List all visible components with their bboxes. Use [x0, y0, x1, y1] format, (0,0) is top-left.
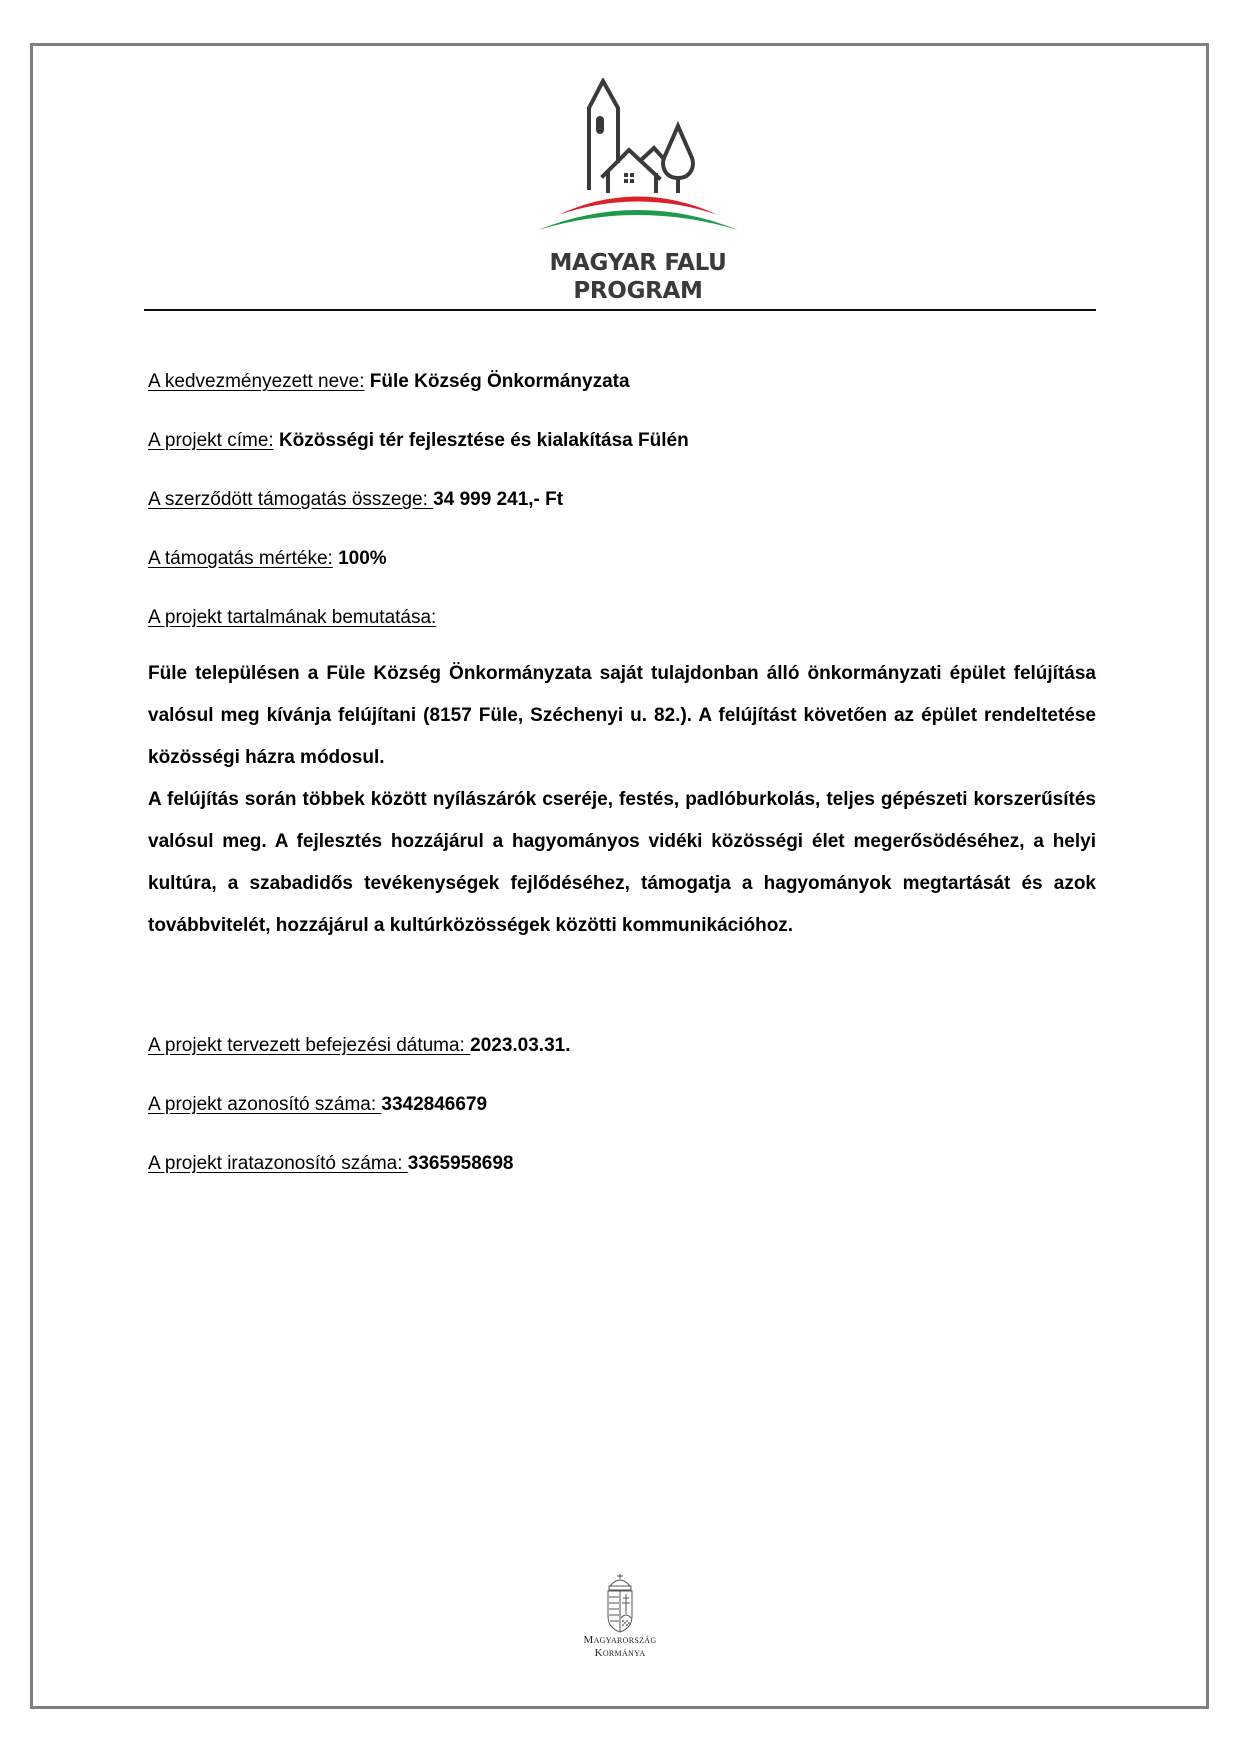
coat-of-arms-icon	[602, 1572, 638, 1634]
government-logo: Magyarország Kormánya	[556, 1572, 684, 1672]
document-id-label: A projekt iratazonosító száma:	[148, 1153, 408, 1174]
project-title-field: A projekt címe: Közösségi tér fejlesztés…	[148, 429, 689, 453]
rate-field: A támogatás mértéke: 100%	[148, 547, 387, 571]
project-id-label: A projekt azonosító száma:	[148, 1094, 381, 1115]
completion-date-label: A projekt tervezett befejezési dátuma:	[148, 1035, 470, 1056]
project-id-field: A projekt azonosító száma: 3342846679	[148, 1093, 487, 1117]
government-name-line1: Magyarország	[556, 1634, 684, 1647]
beneficiary-label: A kedvezményezett neve:	[148, 371, 365, 392]
rate-label: A támogatás mértéke:	[148, 548, 333, 569]
description-paragraph-1: Füle településen a Füle Község Önkormány…	[148, 653, 1096, 779]
amount-label: A szerződött támogatás összege:	[148, 489, 433, 510]
amount-value: 34 999 241,- Ft	[433, 489, 563, 510]
magyar-falu-program-logo: MAGYAR FALU PROGRAM	[533, 78, 743, 308]
completion-date-value: 2023.03.31.	[470, 1035, 570, 1056]
content-heading: A projekt tartalmának bemutatása:	[148, 606, 436, 630]
logo-title-line1: MAGYAR FALU	[533, 249, 743, 277]
beneficiary-field: A kedvezményezett neve: Füle Község Önko…	[148, 370, 630, 394]
project-title-label: A projekt címe:	[148, 430, 274, 451]
beneficiary-value: Füle Község Önkormányzata	[370, 371, 630, 392]
header-divider	[144, 309, 1096, 311]
rate-value: 100%	[338, 548, 387, 569]
project-id-value: 3342846679	[381, 1094, 487, 1115]
government-name-line2: Kormánya	[556, 1647, 684, 1660]
document-id-field: A projekt iratazonosító száma: 336595869…	[148, 1152, 513, 1176]
village-icon	[533, 78, 743, 248]
logo-title-line2: PROGRAM	[533, 277, 743, 305]
project-title-value: Közösségi tér fejlesztése és kialakítása…	[279, 430, 689, 451]
completion-date-field: A projekt tervezett befejezési dátuma: 2…	[148, 1034, 571, 1058]
description-paragraph-2: A felújítás során többek között nyílászá…	[148, 779, 1096, 947]
amount-field: A szerződött támogatás összege: 34 999 2…	[148, 488, 563, 512]
document-id-value: 3365958698	[408, 1153, 514, 1174]
content-heading-label: A projekt tartalmának bemutatása:	[148, 607, 436, 628]
